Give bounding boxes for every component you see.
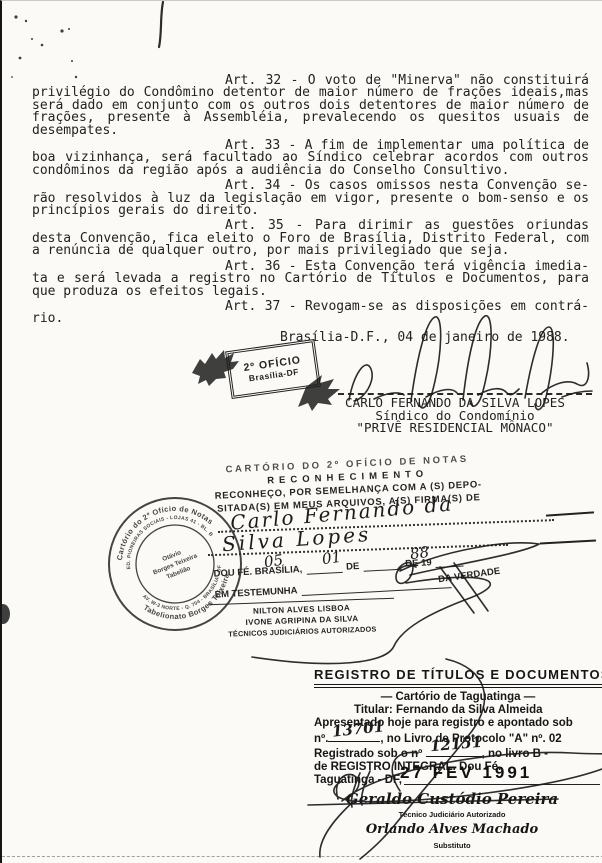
scan-specks — [11, 15, 77, 78]
typewriter-line: rio. — [32, 313, 589, 325]
scanned-document-page: Art. 32 - O voto de "Minerva" não consti… — [0, 0, 602, 863]
date-stamp: 27 FEV 1991 — [400, 763, 532, 783]
protocol-number-blank: 13701 — [328, 731, 380, 742]
registry-line-2a: nº. — [314, 733, 328, 745]
attest-de1: DE — [346, 561, 360, 573]
typewriter-line: Art. 37 - Revogam-se as disposições em c… — [32, 301, 589, 313]
attest-month-handwritten: 01 — [321, 548, 342, 568]
typewriter-line: que produza os efeitos legais. — [32, 286, 589, 298]
scan-bottom-edge — [2, 856, 602, 857]
office-stamp: 2º OFÍCIO Brasília-DF — [225, 339, 321, 399]
typewriter-line: condôminos da região após a audiência do… — [32, 165, 589, 177]
typewriter-line: a renúncia de qualquer outro, por mais p… — [32, 245, 589, 257]
signatory-block: CARLO FERNANDO DA SILVA LOPES Síndico do… — [324, 397, 586, 435]
svg-text:Cartório do 2º Ofício de Notas: Cartório do 2º Ofício de Notas — [106, 495, 217, 564]
short-rule-1 — [546, 511, 594, 516]
attest-month-blank — [363, 560, 401, 572]
registry-title: REGISTRO DE TÍTULOS E DOCUMENTOS — [314, 667, 602, 688]
registry-signer-2-title: Substituto — [362, 841, 542, 850]
punch-hole-mark — [2, 604, 10, 624]
date-stamp-underline — [404, 784, 600, 785]
clerks-block: NILTON ALVES LISBOA IVONE AGRIPINA DA SI… — [219, 601, 384, 640]
signatory-entity: "PRIVÊ RESIDENCIAL MÔNACO" — [324, 422, 586, 435]
registry-line-3b: , no livro B - — [482, 748, 548, 760]
attest-year-handwritten: 88 — [409, 543, 430, 563]
registry-number-handwritten: 12151 — [429, 736, 482, 754]
attest-year-blank — [435, 557, 463, 568]
typewriter-line: desempates. — [32, 125, 589, 137]
attest-day-handwritten: 05 — [263, 551, 284, 571]
short-rule-2 — [540, 540, 596, 545]
typewriter-body: Art. 32 - O voto de "Minerva" não consti… — [32, 75, 589, 326]
registry-line-3a: Registrado sob o nº — [314, 748, 422, 760]
witness-blank — [301, 578, 451, 596]
registry-signer-1: Geraldo Custódio Pereira — [342, 790, 562, 808]
registry-line-3: Registrado sob o nº 12151, no livro B - — [314, 746, 602, 761]
registry-signer-1-title: Técnico Judiciário Autorizado — [342, 810, 562, 819]
registry-number-blank: 12151 — [426, 746, 482, 757]
typewriter-line: princípios gerais do direito. — [32, 205, 589, 217]
round-notary-stamp: Cartório do 2º Ofício de Notas Tabeliona… — [106, 495, 244, 633]
protocol-number-handwritten: 13701 — [332, 720, 385, 739]
scan-pen-mark — [159, 2, 163, 47]
round-stamp-ring-top: Cartório do 2º Ofício de Notas — [106, 495, 217, 564]
registry-office: — Cartório de Taguatinga — — [314, 691, 602, 704]
date-line: Brasília-D.F., 04 de janeiro de 1988. — [280, 330, 570, 345]
registry-titular: Titular: Fernando da Silva Almeida — [314, 704, 602, 717]
registry-signer-2: Orlando Alves Machado — [362, 822, 542, 837]
